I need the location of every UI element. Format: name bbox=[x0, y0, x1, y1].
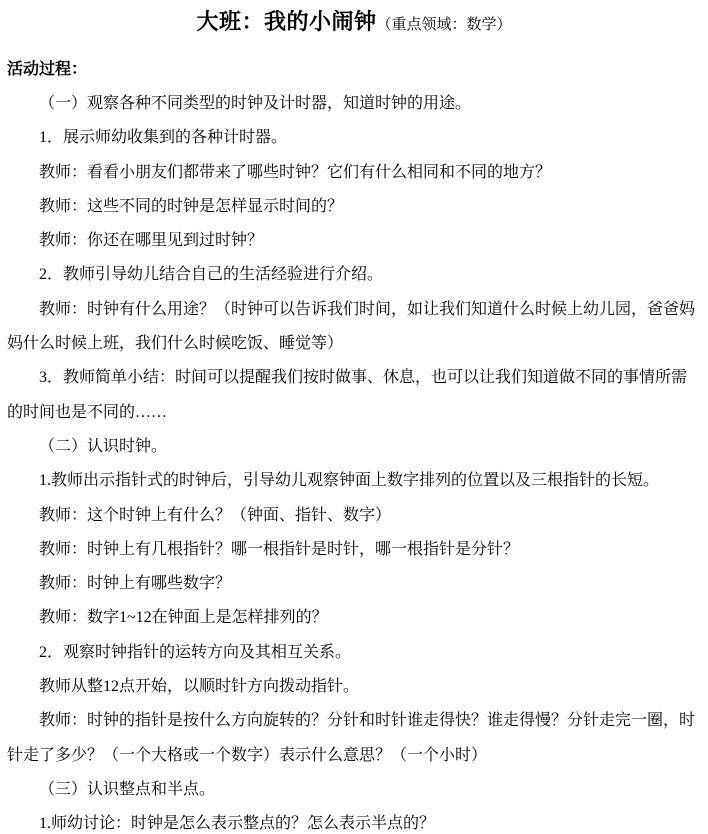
doc-paragraph: 教师：看看小朋友们都带来了哪些时钟？它们有什么相同和不同的地方？ bbox=[7, 156, 701, 190]
doc-paragraph: 教师：这个时钟上有什么？（钟面、指针、数字） bbox=[7, 499, 701, 533]
doc-paragraph: 教师：时钟上有几根指针？哪一根指针是时针，哪一根指针是分针？ bbox=[7, 533, 701, 567]
doc-paragraph: 教师从整12点开始，以顺时针方向拨动指针。 bbox=[7, 670, 701, 704]
doc-paragraph: 教师：时钟的指针是按什么方向旋转的？分针和时针谁走得快？谁走得慢？分针走完一圈，… bbox=[7, 704, 701, 773]
doc-body: （一）观察各种不同类型的时钟及计时器，知道时钟的用途。 1．展示师幼收集到的各种… bbox=[7, 87, 701, 834]
doc-title-note: （重点领域：数学） bbox=[377, 17, 512, 33]
doc-paragraph: 教师：数字1~12在钟面上是怎样排列的？ bbox=[7, 601, 701, 635]
doc-paragraph: 教师：你还在哪里见到过时钟？ bbox=[7, 224, 701, 258]
doc-paragraph: 教师：时钟有什么用途？（时钟可以告诉我们时间，如让我们知道什么时候上幼儿园，爸爸… bbox=[7, 293, 701, 362]
doc-paragraph: 1.教师出示指针式的时钟后，引导幼儿观察钟面上数字排列的位置以及三根指针的长短。 bbox=[7, 464, 701, 498]
doc-paragraph: 教师：这些不同的时钟是怎样显示时间的？ bbox=[7, 190, 701, 224]
doc-title: 大班：我的小闹钟（重点领域：数学） bbox=[7, 0, 701, 43]
doc-title-main: 大班：我的小闹钟 bbox=[196, 9, 376, 34]
doc-paragraph: （一）观察各种不同类型的时钟及计时器，知道时钟的用途。 bbox=[7, 87, 701, 121]
doc-paragraph: （二）认识时钟。 bbox=[7, 430, 701, 464]
doc-paragraph: 教师：时钟上有哪些数字？ bbox=[7, 567, 701, 601]
doc-paragraph: 2．教师引导幼儿结合自己的生活经验进行介绍。 bbox=[7, 258, 701, 292]
doc-paragraph: 2．观察时钟指针的运转方向及其相互关系。 bbox=[7, 636, 701, 670]
doc-paragraph: （三）认识整点和半点。 bbox=[7, 773, 701, 807]
doc-paragraph: 3．教师简单小结：时间可以提醒我们按时做事、休息，也可以让我们知道做不同的事情所… bbox=[7, 361, 701, 430]
document-page: 大班：我的小闹钟（重点领域：数学） 活动过程： （一）观察各种不同类型的时钟及计… bbox=[0, 0, 708, 834]
doc-paragraph: 1．展示师幼收集到的各种计时器。 bbox=[7, 121, 701, 155]
doc-paragraph: 1.师幼讨论：时钟是怎么表示整点的？怎么表示半点的？ bbox=[7, 807, 701, 834]
section-heading-activity-process: 活动过程： bbox=[7, 53, 701, 87]
